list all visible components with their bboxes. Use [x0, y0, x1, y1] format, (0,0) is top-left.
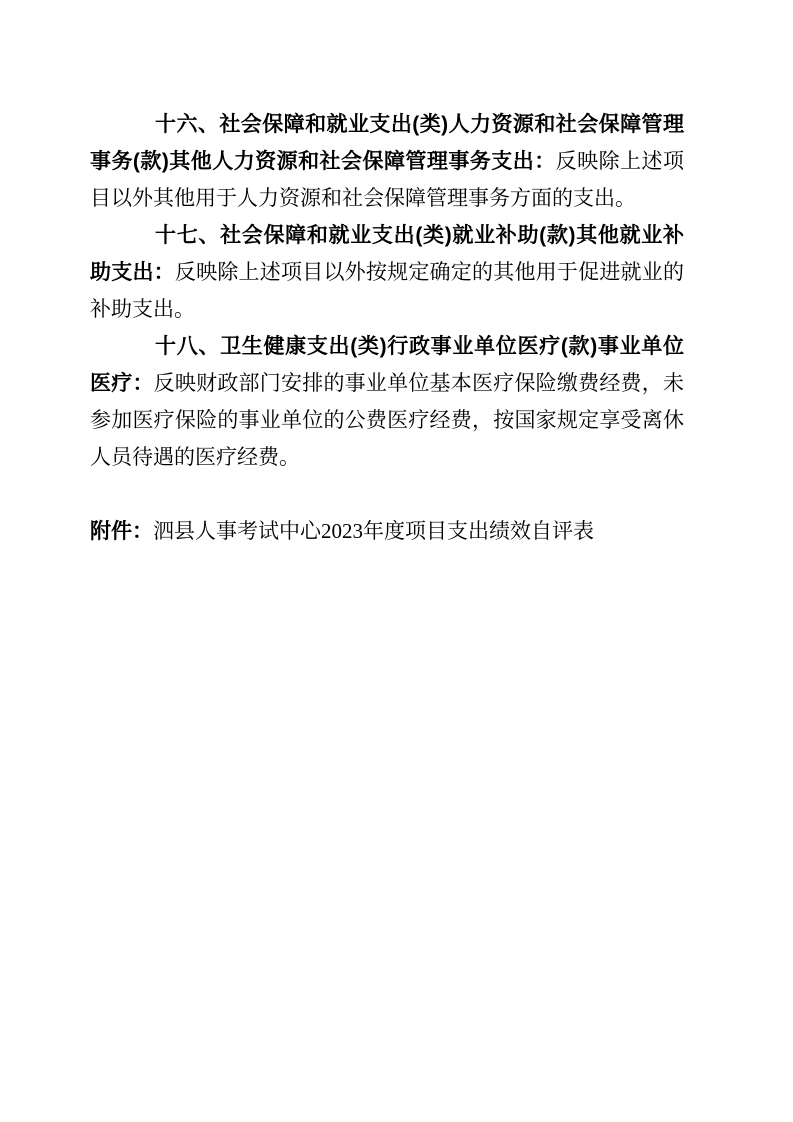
paragraph-item-16: 十六、社会保障和就业支出(类)人力资源和社会保障管理事务(款)其他人力资源和社会… [90, 106, 684, 217]
paragraph-18-body: 反映财政部门安排的事业单位基本医疗保险缴费经费，未参加医疗保险的事业单位的公费医… [90, 371, 684, 469]
document-body: 十六、社会保障和就业支出(类)人力资源和社会保障管理事务(款)其他人力资源和社会… [90, 106, 684, 550]
attachment-text: 泗县人事考试中心2023年度项目支出绩效自评表 [153, 519, 594, 543]
paragraph-item-17: 十七、社会保障和就业支出(类)就业补助(款)其他就业补助支出：反映除上述项目以外… [90, 217, 684, 328]
attachment-label: 附件： [90, 520, 153, 543]
paragraph-17-body: 反映除上述项目以外按规定确定的其他用于促进就业的补助支出。 [90, 260, 684, 321]
document-page: 十六、社会保障和就业支出(类)人力资源和社会保障管理事务(款)其他人力资源和社会… [0, 0, 793, 1122]
paragraph-item-18: 十八、卫生健康支出(类)行政事业单位医疗(款)事业单位医疗：反映财政部门安排的事… [90, 328, 684, 476]
attachment-line: 附件：泗县人事考试中心2023年度项目支出绩效自评表 [90, 513, 684, 550]
